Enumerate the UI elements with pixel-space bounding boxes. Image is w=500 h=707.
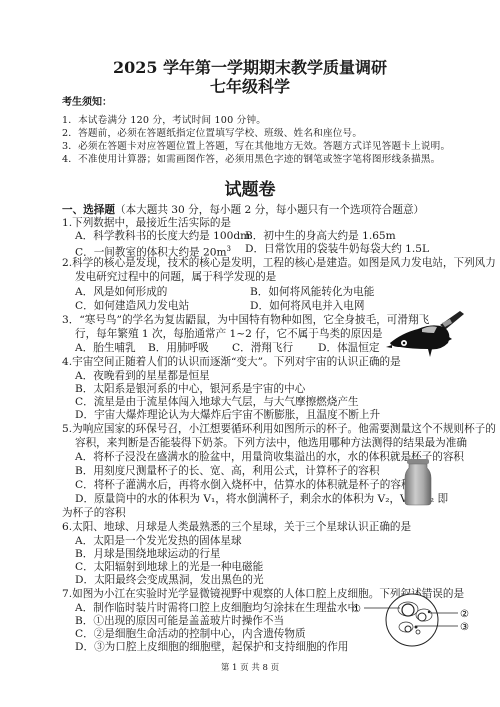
q4-option-b: B．太阳系是银河系的中心，银河系是宇宙的中心: [75, 382, 305, 396]
q3-option-a: A．胎生哺乳: [75, 341, 136, 355]
q3-option-c: C．滑翔飞行: [232, 341, 293, 355]
q7-option-a: A．制作临时装片时需将口腔上皮细胞均匀涂抹在生理盐水中: [75, 601, 358, 615]
question-3-stem: 3．“寒号鸟”的学名为复齿鼯鼠，为中国特有物种如图，它全身披毛，可滑翔飞: [62, 313, 429, 327]
question-3-stem-cont: 行，每年繁殖 1 次，每胎通常产 1~2 仔，它不属于鸟类的原因是: [75, 327, 382, 341]
q1-option-d: D．日常饮用的袋装牛奶每袋大约 1.5L: [245, 242, 429, 256]
label-1: ①: [352, 604, 361, 615]
question-2-stem: 2.科学的核心是发现，技术的核心是发明，工程的核心是建造。如图是风力发电站，下列…: [62, 256, 496, 270]
q5-option-d-cont: 为杯子的容积: [62, 506, 126, 520]
notice-item: 2．答题前，必须在答题纸指定位置填写学校、班级、姓名和座位号。: [62, 125, 362, 139]
microscope-cell-diagram: ① ② ③: [350, 590, 475, 648]
q2-option-d: D．如何将风电并入电网: [250, 299, 364, 313]
notice-item: 1．本试卷满分 120 分，考试时间 100 分钟。: [62, 112, 266, 126]
q6-option-c: C．太阳辐射到地球上的光是一种电磁能: [75, 560, 263, 574]
q5-option-d: D．原量筒中的水的体积为 V₁，将水倒满杯子，剩余水的体积为 V₂，V₁ - V…: [75, 492, 448, 506]
notice-item: 4．不准使用计算器；如需画图作答，必须用黑色字迹的钢笔或签字笔将图形线条描黑。: [62, 151, 440, 165]
q7-option-d: D．③为口腔上皮细胞的细胞壁，起保护和支持细胞的作用: [75, 640, 348, 654]
section-title: 试题卷: [0, 175, 500, 200]
q7-option-c: C．②是细胞生命活动的控制中心，内含遗传物质: [75, 627, 306, 641]
glass-bottle-image: [403, 458, 433, 506]
label-3: ③: [460, 622, 469, 633]
question-6-stem: 6.太阳、地球、月球是人类最熟悉的三个星球，关于三个星球认识正确的是: [62, 520, 411, 534]
q6-option-a: A．太阳是一个发光发热的固体星球: [75, 534, 242, 548]
part-heading-note: （本大题共 30 分，每小题 2 分，每小题只有一个选项符合题意）: [115, 204, 424, 216]
q4-option-c: C．流星是由于流星体闯入地球大气层，与大气摩擦燃烧产生: [75, 395, 359, 409]
page-number: 第 1 页 共 8 页: [0, 661, 500, 673]
q2-option-a: A．风是如何形成的: [75, 285, 167, 299]
part-heading-label: 一、选择题: [62, 204, 115, 216]
q3-option-b: B．用肺呼吸: [148, 341, 209, 355]
q7-option-b: B．①出现的原因可能是盖盖玻片时操作不当: [75, 614, 284, 628]
q1-option-c-sup: 3: [227, 245, 231, 253]
q2-option-b: B．如何将风能转化为电能: [250, 285, 374, 299]
notice-heading: 考生须知：: [62, 96, 112, 110]
question-2-stem-cont: 发电研究过程中的问题，属于科学发现的是: [75, 270, 276, 284]
q5-option-c: C．将杯子灌满水后，再将水倒入烧杯中，估算水的体积就是杯子的容积: [75, 478, 412, 492]
q4-option-a: A．夜晚看到的星星都是恒星: [75, 369, 210, 383]
q6-option-d: D．太阳最终会变成黑洞，发出黑色的光: [75, 573, 264, 587]
q2-option-c: C．如何建造风力发电站: [75, 299, 189, 313]
part-heading: 一、选择题（本大题共 30 分，每小题 2 分，每小题只有一个选项符合题意）: [62, 203, 424, 217]
exam-subject: 七年级科学: [0, 74, 500, 97]
q4-option-d: D．宇宙大爆炸理论认为大爆炸后宇宙不断膨胀，且温度不断上升: [75, 408, 380, 422]
q1-option-b: B．初中生的身高大约是 1.65m: [245, 229, 396, 243]
q1-option-a: A．科学教科书的长度大约是 100dm: [75, 229, 250, 243]
flying-squirrel-image: [382, 305, 482, 360]
question-1-stem: 1.下列数据中，最接近生活实际的是: [62, 216, 231, 230]
q6-option-b: B．月球是围绕地球运动的行星: [75, 547, 221, 561]
q5-option-b: B．用刻度尺测量杯子的长、宽、高，利用公式，计算杯子的容积: [75, 464, 379, 478]
notice-item: 3．必须在答题卡对应答题位置上答题，写在其他地方无效。答题方式详见答题卡上说明。: [62, 138, 450, 152]
question-5-stem-cont: 容积，来判断是否能装得下奶茶。下列方法中，他选用哪种方法测得的结果最为准确: [75, 436, 467, 450]
label-2: ②: [460, 609, 469, 620]
question-5-stem: 5.为响应国家的环保号召，小江想要循环利用如图所示的杯子。他需要测量这个不规则杯…: [62, 422, 496, 436]
q3-option-d: D．体温恒定: [318, 341, 379, 355]
question-4-stem: 4.宇宙空间正随着人们的认识而逐渐“变大”。下列对宇宙的认识正确的是: [62, 355, 401, 369]
